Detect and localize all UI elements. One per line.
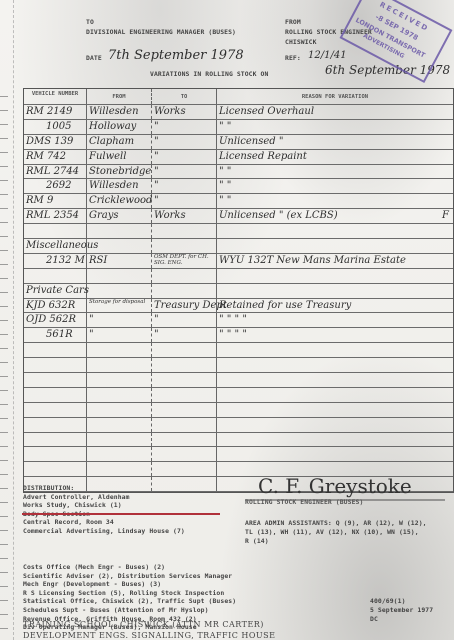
- vehicle-number-cell-text: RML 2354: [26, 210, 79, 222]
- from-cell: [87, 447, 152, 461]
- table-row: 2132 MRSIOSM DEPT. for CH. SIG. ENG.WYU …: [24, 254, 453, 269]
- to-cell-text: ": [154, 121, 159, 133]
- header-reason: REASON FOR VARIATION: [217, 89, 453, 104]
- distribution-item: Schedules Supt - Buses (Attention of Mr …: [23, 606, 209, 614]
- to-cell: Works: [152, 209, 217, 223]
- margin-tick: [0, 166, 8, 167]
- distribution-heading: DISTRIBUTION:: [23, 484, 74, 492]
- reason-cell: [217, 269, 453, 283]
- vehicle-number-cell-text: RM 2149: [26, 106, 72, 118]
- vehicle-number-cell: Private Cars: [24, 284, 87, 298]
- reason-cell: [217, 447, 453, 461]
- distribution-item: Advert Controller, Aldenham: [23, 493, 130, 501]
- table-row: [24, 433, 453, 448]
- from-cell: [87, 433, 152, 447]
- vehicle-number-cell: Miscellaneous: [24, 239, 87, 253]
- margin-tick: [0, 418, 8, 419]
- to-cell: [152, 447, 217, 461]
- to-cell-text: Works: [154, 210, 186, 222]
- vehicle-number-cell: DMS 139: [24, 135, 87, 149]
- reason-cell: " ": [217, 179, 453, 193]
- from-cell: [87, 477, 152, 491]
- reason-note: F: [442, 210, 449, 222]
- vehicle-number-cell: 1005: [24, 120, 87, 134]
- margin-tick: [0, 446, 8, 447]
- from-label: FROM: [285, 18, 301, 26]
- reason-cell: Licensed Repaint: [217, 150, 453, 164]
- reason-cell: [217, 284, 453, 298]
- vehicle-number-cell: RM 2149: [24, 105, 87, 119]
- to-cell-text: ": [154, 151, 159, 163]
- from-cell: Cricklewood: [87, 194, 152, 208]
- reason-cell-text: " " " ": [219, 329, 247, 341]
- reason-cell-text: WYU 132T New Mans Marina Estate: [219, 255, 406, 267]
- to-value: DIVISIONAL ENGINEERING MANAGER (BUSES): [86, 28, 236, 36]
- reason-cell: [217, 433, 453, 447]
- from-cell: RSI: [87, 254, 152, 268]
- table-row: Miscellaneous: [24, 239, 453, 254]
- from-line2: CHISWICK: [285, 38, 317, 46]
- to-cell: ": [152, 313, 217, 327]
- to-cell: [152, 462, 217, 476]
- header-from: FROM: [87, 89, 152, 104]
- from-cell: ": [87, 313, 152, 327]
- margin-tick: [0, 278, 8, 279]
- from-cell: Willesden: [87, 179, 152, 193]
- area-admin-line-1: AREA ADMIN ASSISTANTS: Q (9), AR (12), W…: [245, 519, 427, 527]
- vehicle-number-cell: [24, 373, 87, 387]
- to-cell: Treasury Dept: [152, 299, 217, 313]
- table-row: KJD 632RStorage for disposalTreasury Dep…: [24, 299, 453, 314]
- vehicle-number-cell: [24, 343, 87, 357]
- margin-line: [13, 0, 15, 640]
- to-cell-text: ": [154, 314, 159, 326]
- margin-tick: [0, 138, 8, 139]
- table-row: [24, 358, 453, 373]
- to-cell: ": [152, 120, 217, 134]
- from-cell: [87, 343, 152, 357]
- area-admin-line-3: R (14): [245, 537, 269, 545]
- from-cell-text: Stonebridge: [89, 166, 151, 178]
- reason-cell: Unlicensed " (ex LCBS)F: [217, 209, 453, 223]
- from-cell: [87, 462, 152, 476]
- reason-cell: [217, 343, 453, 357]
- table-row: DMS 139Clapham"Unlicensed ": [24, 135, 453, 150]
- signature: C. F. Greystoke: [258, 474, 412, 498]
- from-cell-text: ": [89, 329, 94, 341]
- vehicle-number-cell-text: RM 742: [26, 151, 66, 163]
- from-cell: ": [87, 328, 152, 342]
- reason-cell: " " " ": [217, 313, 453, 327]
- margin-tick: [0, 460, 8, 461]
- reason-cell-text: " ": [219, 180, 231, 192]
- to-cell-text: ": [154, 329, 159, 341]
- from-cell: [87, 269, 152, 283]
- margin-tick: [0, 110, 8, 111]
- vehicle-number-cell: [24, 388, 87, 402]
- margin-tick: [0, 572, 8, 573]
- distribution-item: Central Record, Room 34: [23, 518, 114, 526]
- table-row: [24, 403, 453, 418]
- vehicle-number-cell: [24, 462, 87, 476]
- distribution-item: Statistical Office, Chiswick (2), Traffi…: [23, 597, 236, 605]
- to-cell: [152, 373, 217, 387]
- from-cell-text: Clapham: [89, 136, 134, 148]
- margin-tick: [0, 362, 8, 363]
- reason-cell: " ": [217, 120, 453, 134]
- area-admin-line-2: TL (13), WH (11), AV (12), NX (10), WN (…: [245, 528, 419, 536]
- distribution-item: Commercial Advertising, Lindsay House (7…: [23, 527, 185, 535]
- vehicle-number-cell-text: 2132 M: [46, 255, 85, 267]
- margin-tick: [0, 250, 8, 251]
- reason-cell: [217, 224, 453, 238]
- table-row: [24, 373, 453, 388]
- reason-cell-text: Retained for use Treasury: [219, 300, 351, 312]
- margin-tick: [0, 488, 8, 489]
- margin-tick: [0, 502, 8, 503]
- reason-cell-text: Licensed Overhaul: [219, 106, 314, 118]
- reason-cell-text: Licensed Repaint: [219, 151, 307, 163]
- to-cell: [152, 358, 217, 372]
- reason-cell-text: " " " ": [219, 314, 247, 326]
- table-row: 561R""" " " ": [24, 328, 453, 343]
- vehicle-number-cell: OJD 562R: [24, 313, 87, 327]
- margin-tick: [0, 628, 8, 629]
- from-cell: [87, 403, 152, 417]
- from-cell: [87, 284, 152, 298]
- from-cell-text: Cricklewood: [89, 195, 152, 207]
- table-row: [24, 447, 453, 462]
- ref-value: 12/1/41: [308, 50, 347, 61]
- margin-tick: [0, 292, 8, 293]
- vehicle-number-cell: RML 2354: [24, 209, 87, 223]
- reason-cell: [217, 358, 453, 372]
- vehicle-number-cell: RM 9: [24, 194, 87, 208]
- margin-tick: [0, 516, 8, 517]
- to-cell: [152, 224, 217, 238]
- to-cell: ": [152, 194, 217, 208]
- reason-cell: [217, 403, 453, 417]
- variations-table: VEHICLE NUMBER FROM TO REASON FOR VARIAT…: [23, 88, 454, 493]
- to-cell: ": [152, 165, 217, 179]
- margin-tick: [0, 474, 8, 475]
- table-row: RML 2354GraysWorksUnlicensed " (ex LCBS)…: [24, 209, 453, 224]
- reason-cell-text: " ": [219, 166, 231, 178]
- table-row: [24, 224, 453, 239]
- margin-tick: [0, 586, 8, 587]
- to-cell: [152, 269, 217, 283]
- from-cell: Willesden: [87, 105, 152, 119]
- vehicle-number-cell-text: OJD 562R: [26, 314, 76, 326]
- table-header: VEHICLE NUMBER FROM TO REASON FOR VARIAT…: [24, 89, 453, 105]
- to-cell: ": [152, 179, 217, 193]
- from-cell: [87, 388, 152, 402]
- reason-cell-text: " ": [219, 121, 231, 133]
- form-code: 400/69(1): [370, 597, 406, 605]
- table-row: RML 2744Stonebridge"" ": [24, 165, 453, 180]
- from-cell: Stonebridge: [87, 165, 152, 179]
- table-row: RM 9Cricklewood"" ": [24, 194, 453, 209]
- vehicle-number-cell: [24, 418, 87, 432]
- to-cell: [152, 343, 217, 357]
- from-cell: [87, 239, 152, 253]
- vehicle-number-cell: [24, 358, 87, 372]
- table-row: RM 2149WillesdenWorksLicensed Overhaul: [24, 105, 453, 120]
- header-vehicle-number: VEHICLE NUMBER: [24, 89, 87, 104]
- table-row: [24, 343, 453, 358]
- to-cell: ": [152, 328, 217, 342]
- margin-tick: [0, 194, 8, 195]
- to-cell: Works: [152, 105, 217, 119]
- reason-cell: Retained for use Treasury: [217, 299, 453, 313]
- from-cell: Clapham: [87, 135, 152, 149]
- distribution-item: Scientific Adviser (2), Distribution Ser…: [23, 572, 232, 580]
- from-cell: Fulwell: [87, 150, 152, 164]
- from-cell: [87, 358, 152, 372]
- from-cell-text: Grays: [89, 210, 119, 222]
- to-cell-text: ": [154, 166, 159, 178]
- reason-cell-text: " ": [219, 195, 231, 207]
- reason-cell: [217, 388, 453, 402]
- table-row: 2692Willesden"" ": [24, 179, 453, 194]
- from-cell-text: Fulwell: [89, 151, 126, 163]
- vehicle-number-cell: KJD 632R: [24, 299, 87, 313]
- to-cell: [152, 433, 217, 447]
- margin-tick: [0, 530, 8, 531]
- memo-page: TO DIVISIONAL ENGINEERING MANAGER (BUSES…: [0, 0, 454, 640]
- table-row: OJD 562R""" " " ": [24, 313, 453, 328]
- margin-tick: [0, 180, 8, 181]
- to-cell-text: ": [154, 136, 159, 148]
- margin-tick: [0, 334, 8, 335]
- margin-tick: [0, 404, 8, 405]
- header-to: TO: [152, 89, 217, 104]
- margin-tick: [0, 432, 8, 433]
- from-cell: [87, 373, 152, 387]
- to-cell-text: Treasury Dept: [154, 300, 227, 312]
- to-cell: OSM DEPT. for CH. SIG. ENG.: [152, 254, 217, 268]
- to-cell-text: Works: [154, 106, 186, 118]
- to-cell: [152, 388, 217, 402]
- to-label: TO: [86, 18, 94, 26]
- subject-prefix: VARIATIONS IN ROLLING STOCK ON: [150, 70, 268, 78]
- vehicle-number-cell: 2692: [24, 179, 87, 193]
- vehicle-number-cell: RML 2744: [24, 165, 87, 179]
- reason-cell: " ": [217, 165, 453, 179]
- table-row: Private Cars: [24, 284, 453, 299]
- vehicle-number-cell-text: KJD 632R: [26, 300, 75, 312]
- from-cell-text: Storage for disposal: [89, 299, 151, 305]
- from-cell: Grays: [87, 209, 152, 223]
- date-value: 7th September 1978: [108, 48, 244, 63]
- reason-cell-text: Unlicensed ": [219, 136, 283, 148]
- vehicle-number-cell-text: RM 9: [26, 195, 53, 207]
- ref-label: REF:: [285, 54, 301, 62]
- to-cell-text: OSM DEPT. for CH. SIG. ENG.: [154, 254, 216, 266]
- reason-cell: [217, 418, 453, 432]
- form-date: 5 September 1977: [370, 606, 433, 614]
- from-cell-text: Willesden: [89, 106, 139, 118]
- handwritten-distribution-1: TRAINING SCHOOL, CHISWICK (ATTN MR CARTE…: [23, 620, 264, 629]
- form-initials: DC: [370, 615, 378, 623]
- vehicle-number-cell-text: DMS 139: [26, 136, 73, 148]
- margin-tick: [0, 348, 8, 349]
- table-row: [24, 418, 453, 433]
- to-cell: ": [152, 150, 217, 164]
- date-label: DATE: [86, 54, 102, 62]
- margin-tick: [0, 544, 8, 545]
- margin-tick: [0, 614, 8, 615]
- vehicle-number-cell: RM 742: [24, 150, 87, 164]
- to-cell: ": [152, 135, 217, 149]
- vehicle-number-cell: [24, 224, 87, 238]
- to-cell: [152, 284, 217, 298]
- distribution-item: Mech Engr (Development - Buses) (3): [23, 580, 161, 588]
- reason-cell: " ": [217, 194, 453, 208]
- from-cell-text: Holloway: [89, 121, 136, 133]
- highlight-underline: [22, 513, 220, 515]
- margin-tick: [0, 96, 8, 97]
- margin-tick: [0, 306, 8, 307]
- reason-cell: " " " ": [217, 328, 453, 342]
- from-cell-text: Willesden: [89, 180, 139, 192]
- vehicle-number-cell: [24, 433, 87, 447]
- margin-tick: [0, 152, 8, 153]
- reason-cell: [217, 373, 453, 387]
- margin-tick: [0, 236, 8, 237]
- to-cell: [152, 477, 217, 491]
- vehicle-number-cell: 561R: [24, 328, 87, 342]
- vehicle-number-cell: [24, 269, 87, 283]
- margin-tick: [0, 558, 8, 559]
- from-cell: Holloway: [87, 120, 152, 134]
- margin-tick: [0, 390, 8, 391]
- table-row: 1005Holloway"" ": [24, 120, 453, 135]
- vehicle-number-cell-text: 561R: [46, 329, 73, 341]
- from-cell: Storage for disposal: [87, 299, 152, 313]
- margin-tick: [0, 600, 8, 601]
- margin-tick: [0, 320, 8, 321]
- distribution-item: Costs Office (Mech Engr - Buses) (2): [23, 563, 165, 571]
- vehicle-number-cell: [24, 403, 87, 417]
- margin-tick: [0, 222, 8, 223]
- signature-title: ROLLING STOCK ENGINEER (BUSES): [245, 498, 363, 506]
- to-cell-text: ": [154, 180, 159, 192]
- reason-cell: WYU 132T New Mans Marina Estate: [217, 254, 453, 268]
- margin-tick: [0, 124, 8, 125]
- reason-cell: Licensed Overhaul: [217, 105, 453, 119]
- vehicle-number-cell-text: RML 2744: [26, 166, 79, 178]
- from-cell: [87, 224, 152, 238]
- to-cell: [152, 239, 217, 253]
- margin-tick: [0, 264, 8, 265]
- to-cell: [152, 418, 217, 432]
- margin-tick: [0, 208, 8, 209]
- from-cell-text: RSI: [89, 255, 107, 267]
- table-row: [24, 269, 453, 284]
- to-cell-text: ": [154, 195, 159, 207]
- vehicle-number-cell: [24, 447, 87, 461]
- vehicle-number-cell: 2132 M: [24, 254, 87, 268]
- from-cell: [87, 418, 152, 432]
- from-cell-text: ": [89, 314, 94, 326]
- distribution-item: Works Study, Chiswick (1): [23, 501, 122, 509]
- reason-cell-text: Unlicensed " (ex LCBS): [219, 210, 338, 222]
- table-row: RM 742Fulwell"Licensed Repaint: [24, 150, 453, 165]
- reason-cell: Unlicensed ": [217, 135, 453, 149]
- reason-cell: [217, 239, 453, 253]
- to-cell: [152, 403, 217, 417]
- margin-tick: [0, 376, 8, 377]
- vehicle-number-cell-text: 2692: [46, 180, 71, 192]
- vehicle-number-cell-text: 1005: [46, 121, 71, 133]
- vehicle-number-cell-text: Private Cars: [26, 285, 89, 297]
- table-row: [24, 388, 453, 403]
- distribution-item: R S Licensing Section (5), Rolling Stock…: [23, 589, 224, 597]
- handwritten-distribution-2: DEVELOPMENT ENGS. SIGNALLING, TRAFFIC HO…: [23, 631, 276, 640]
